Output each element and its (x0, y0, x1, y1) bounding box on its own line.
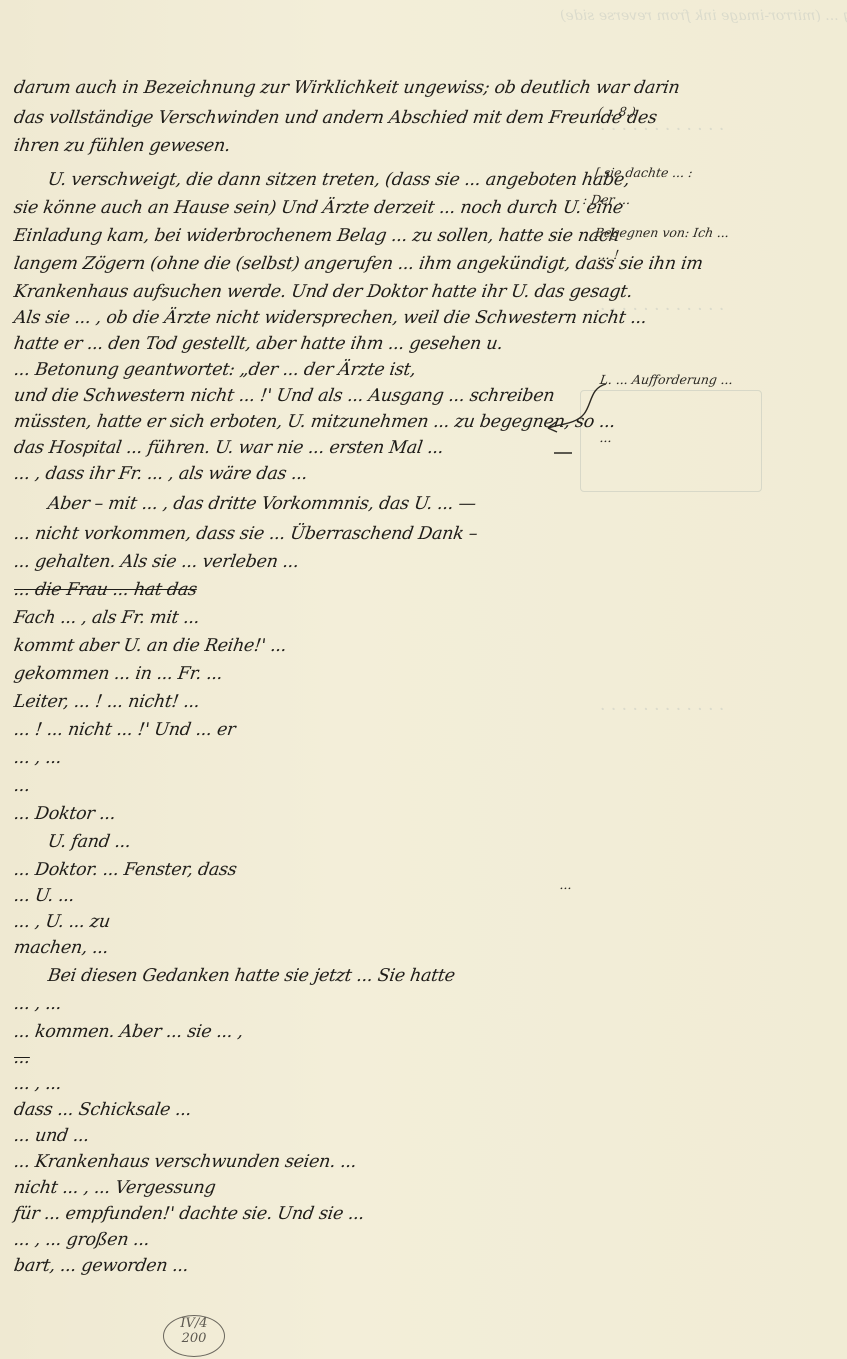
text-line: ... nicht vorkommen, dass sie ... Überra… (13, 524, 479, 544)
text-line: ... (13, 1048, 32, 1068)
text-line: dass ... Schicksale ... (13, 1100, 193, 1120)
text-line: U. verschweigt, die dann sitzen treten, … (47, 170, 631, 190)
text-line: müssten, hatte er sich erboten, U. mitzu… (13, 412, 617, 432)
margin-note: : Der ... (582, 192, 632, 207)
text-line: Einladung kam, bei widerbrochenem Belag … (13, 226, 621, 246)
text-line: kommt aber U. an die Reihe!' ... (13, 636, 288, 656)
text-line: und die Schwestern nicht ... !' Und als … (13, 386, 556, 406)
text-line: ... Betonung geantwortet: „der ... der Ä… (13, 360, 417, 380)
text-line: ... Doktor ... (13, 804, 117, 824)
bleedthrough-text: · · · · · · · · · · · · (600, 700, 724, 720)
text-line: das vollständige Verschwinden und andern… (13, 108, 659, 128)
text-line: Leiter, ... ! ... nicht! ... (13, 692, 201, 712)
margin-note: ... ! (597, 247, 620, 262)
margin-note: [ sie dachte ... : (594, 165, 694, 180)
margin-note-reference: (... 8.) (597, 104, 637, 119)
text-line: sie könne auch an Hause sein) Und Ärzte … (13, 198, 625, 218)
manuscript-page: L. v. Freiberg ... (mirror-image ink fro… (0, 0, 847, 1359)
text-line: U. fand ... (47, 832, 132, 852)
text-line: ... U. ... (13, 886, 76, 906)
text-line: darum auch in Bezeichnung zur Wirklichke… (13, 78, 681, 98)
archive-stamp: IV/4 200 (163, 1315, 225, 1357)
text-line: ... , ... (13, 1074, 63, 1094)
text-line: Fach ... , als Fr. mit ... (13, 608, 201, 628)
text-line: das Hospital ... führen. U. war nie ... … (13, 438, 445, 458)
text-line: Bei diesen Gedanken hatte sie jetzt ... … (47, 966, 457, 986)
margin-note: L. ... Aufforderung ... (599, 372, 734, 387)
text-line: ... , ... (13, 748, 63, 768)
archive-stamp-bottom: 200 (164, 1331, 224, 1346)
archive-stamp-top: IV/4 (164, 1316, 224, 1331)
text-line: ... , ... (13, 994, 63, 1014)
text-line: gekommen ... in ... Fr. ... (13, 664, 224, 684)
text-line: ... die Frau ... hat das (13, 580, 199, 600)
text-line: Als sie ... , ob die Ärzte nicht widersp… (13, 308, 648, 328)
text-line: ... Doktor. ... Fenster, dass (13, 860, 238, 880)
text-line: ihren zu fühlen gewesen. (13, 136, 232, 156)
text-line: Krankenhaus aufsuchen werde. Und der Dok… (13, 282, 634, 302)
text-line: ... Krankenhaus verschwunden seien. ... (13, 1152, 358, 1172)
text-line: ... ! ... nicht ... !' Und ... er (13, 720, 237, 740)
arrow-icon (540, 380, 610, 450)
text-line: hatte er ... den Tod gestellt, aber hatt… (13, 334, 504, 354)
text-line: ... kommen. Aber ... sie ... , (13, 1022, 245, 1042)
dash-mark-icon (554, 450, 574, 456)
text-line: ... , dass ihr Fr. ... , als wäre das ..… (13, 464, 309, 484)
text-line: bart, ... geworden ... (13, 1256, 190, 1276)
text-line: ... gehalten. Als sie ... verleben ... (13, 552, 300, 572)
text-line: Aber – mit ... , das dritte Vorkommnis, … (47, 494, 478, 514)
text-line: für ... empfunden!' dachte sie. Und sie … (13, 1204, 366, 1224)
text-line: machen, ... (13, 938, 110, 958)
margin-note: ... (559, 877, 573, 892)
text-line: ... (13, 776, 32, 796)
text-line: ... und ... (13, 1126, 91, 1146)
margin-note: Begegnen von: Ich ... (594, 225, 730, 240)
text-line: ... , U. ... zu (13, 912, 112, 932)
bleedthrough-header: L. v. Freiberg ... (mirror-image ink fro… (560, 8, 847, 24)
text-line: ... , ... großen ... (13, 1230, 151, 1250)
text-line: nicht ... , ... Vergessung (13, 1178, 217, 1198)
